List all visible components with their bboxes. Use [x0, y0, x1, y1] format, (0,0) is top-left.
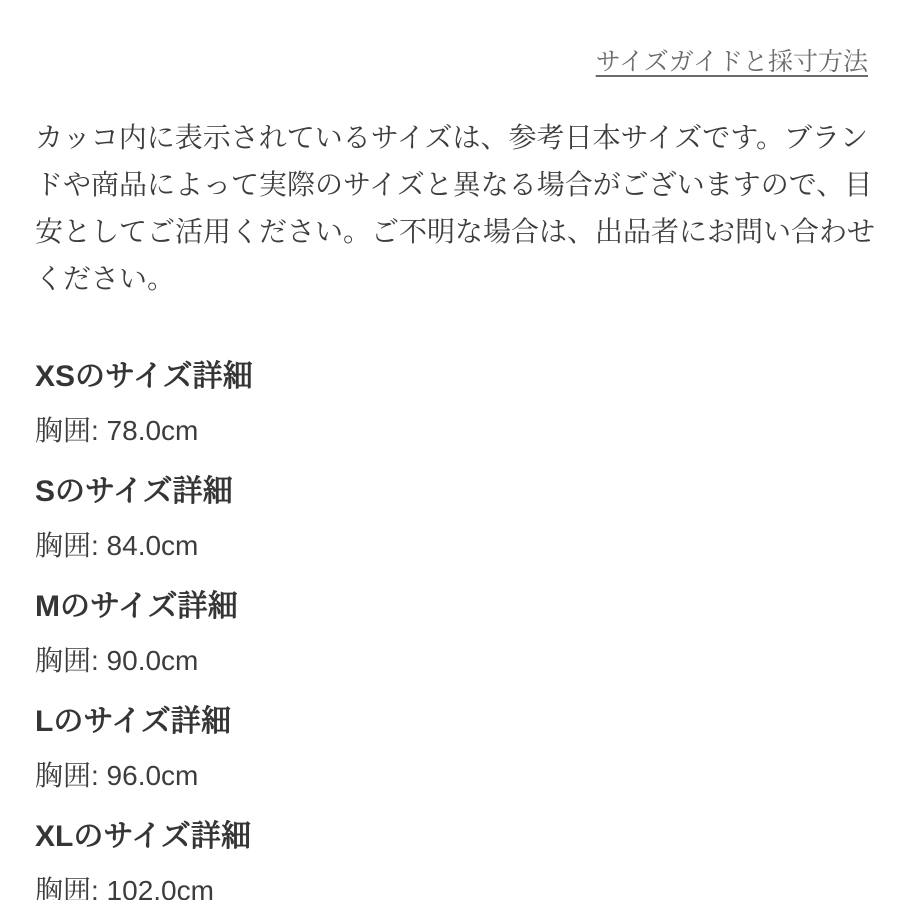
size-section-xl: XLのサイズ詳細 胸囲: 102.0cm	[35, 820, 868, 900]
size-heading-s: Sのサイズ詳細	[35, 475, 868, 508]
size-heading-l: Lのサイズ詳細	[35, 705, 868, 738]
size-section-xs: XSのサイズ詳細 胸囲: 78.0cm	[35, 360, 868, 447]
size-section-l: Lのサイズ詳細 胸囲: 96.0cm	[35, 705, 868, 792]
chest-measurement-m: 胸囲: 90.0cm	[35, 645, 868, 677]
chest-measurement-xl: 胸囲: 102.0cm	[35, 875, 868, 900]
chest-measurement-l: 胸囲: 96.0cm	[35, 760, 868, 792]
size-sections: XSのサイズ詳細 胸囲: 78.0cm Sのサイズ詳細 胸囲: 84.0cm M…	[35, 360, 868, 900]
size-heading-m: Mのサイズ詳細	[35, 590, 868, 623]
size-guide-link-row: サイズガイドと採寸方法	[35, 47, 868, 77]
size-disclaimer-text: カッコ内に表示されているサイズは、参考日本サイズです。ブランドや商品によって実際…	[35, 114, 877, 302]
size-guide-link[interactable]: サイズガイドと採寸方法	[596, 48, 868, 76]
size-guide-panel: サイズガイドと採寸方法 カッコ内に表示されているサイズは、参考日本サイズです。ブ…	[0, 0, 900, 900]
chest-measurement-s: 胸囲: 84.0cm	[35, 530, 868, 562]
size-section-m: Mのサイズ詳細 胸囲: 90.0cm	[35, 590, 868, 677]
size-heading-xl: XLのサイズ詳細	[35, 820, 868, 853]
chest-measurement-xs: 胸囲: 78.0cm	[35, 415, 868, 447]
size-heading-xs: XSのサイズ詳細	[35, 360, 868, 393]
size-section-s: Sのサイズ詳細 胸囲: 84.0cm	[35, 475, 868, 562]
